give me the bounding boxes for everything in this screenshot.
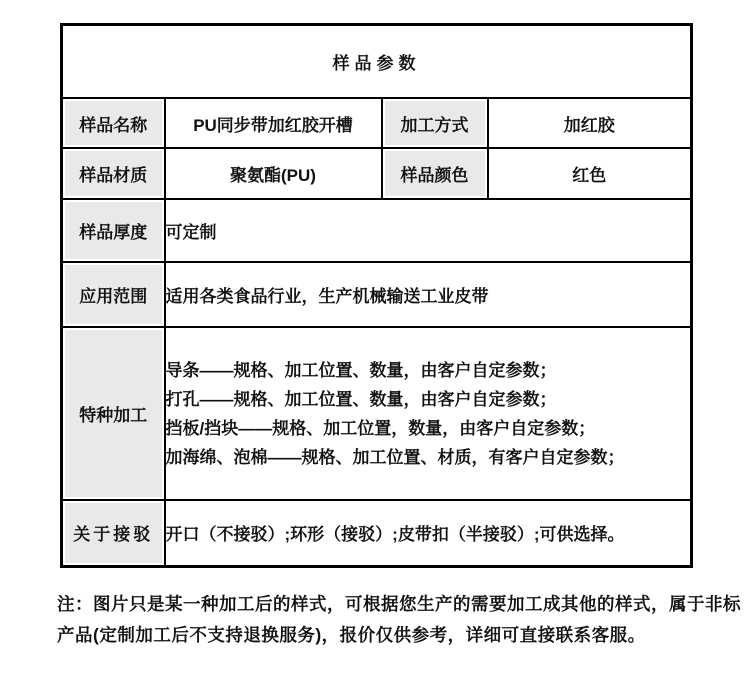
- sample-material-value: 聚氨酯(PU): [165, 148, 382, 199]
- special-processing-line-3: 挡板/挡块——规格、加工位置，数量，由客户自定参数；: [166, 414, 691, 443]
- sample-color-label: 样品颜色: [382, 148, 488, 199]
- sample-thickness-label: 样品厚度: [62, 199, 165, 262]
- special-processing-value: 导条——规格、加工位置、数量，由客户自定参数； 打孔——规格、加工位置、数量，由…: [165, 327, 692, 500]
- table-row-special-processing: 特种加工 导条——规格、加工位置、数量，由客户自定参数； 打孔——规格、加工位置…: [62, 327, 692, 500]
- footer-note: 注：图片只是某一种加工后的样式，可根据您生产的需要加工成其他的样式，属于非标 产…: [57, 589, 705, 651]
- table-row-joint: 关于接驳 开口（不接驳）;环形（接驳）;皮带扣（半接驳）;可供选择。: [62, 500, 692, 566]
- footer-note-line-1: 注：图片只是某一种加工后的样式，可根据您生产的需要加工成其他的样式，属于非标: [57, 589, 705, 620]
- sample-color-value: 红色: [488, 148, 692, 199]
- sample-thickness-value: 可定制: [165, 199, 692, 262]
- table-row-application: 应用范围 适用各类食品行业，生产机械输送工业皮带: [62, 262, 692, 327]
- application-scope-label: 应用范围: [62, 262, 165, 327]
- footer-note-line-2: 产品(定制加工后不支持退换服务)，报价仅供参考，详细可直接联系客服。: [57, 620, 705, 651]
- special-processing-line-2: 打孔——规格、加工位置、数量，由客户自定参数；: [166, 385, 691, 414]
- special-processing-line-4: 加海绵、泡棉——规格、加工位置、材质，有客户自定参数；: [166, 443, 691, 472]
- processing-method-value: 加红胶: [488, 98, 692, 148]
- table-row-name-method: 样品名称 PU同步带加红胶开槽 加工方式 加红胶: [62, 98, 692, 148]
- application-scope-value: 适用各类食品行业，生产机械输送工业皮带: [165, 262, 692, 327]
- table-row-title: 样品参数: [62, 25, 692, 99]
- joint-info-label: 关于接驳: [62, 500, 165, 566]
- table-row-thickness: 样品厚度 可定制: [62, 199, 692, 262]
- sample-material-label: 样品材质: [62, 148, 165, 199]
- processing-method-label: 加工方式: [382, 98, 488, 148]
- sample-name-value: PU同步带加红胶开槽: [165, 98, 382, 148]
- special-processing-line-1: 导条——规格、加工位置、数量，由客户自定参数；: [166, 356, 691, 385]
- product-spec-sheet: 样品参数 样品名称 PU同步带加红胶开槽 加工方式 加红胶 样品材质 聚氨酯(P…: [0, 0, 750, 690]
- sample-name-label: 样品名称: [62, 98, 165, 148]
- special-processing-label: 特种加工: [62, 327, 165, 500]
- sample-parameters-table: 样品参数 样品名称 PU同步带加红胶开槽 加工方式 加红胶 样品材质 聚氨酯(P…: [60, 23, 693, 568]
- table-row-material-color: 样品材质 聚氨酯(PU) 样品颜色 红色: [62, 148, 692, 199]
- joint-info-value: 开口（不接驳）;环形（接驳）;皮带扣（半接驳）;可供选择。: [165, 500, 692, 566]
- table-title: 样品参数: [62, 25, 692, 99]
